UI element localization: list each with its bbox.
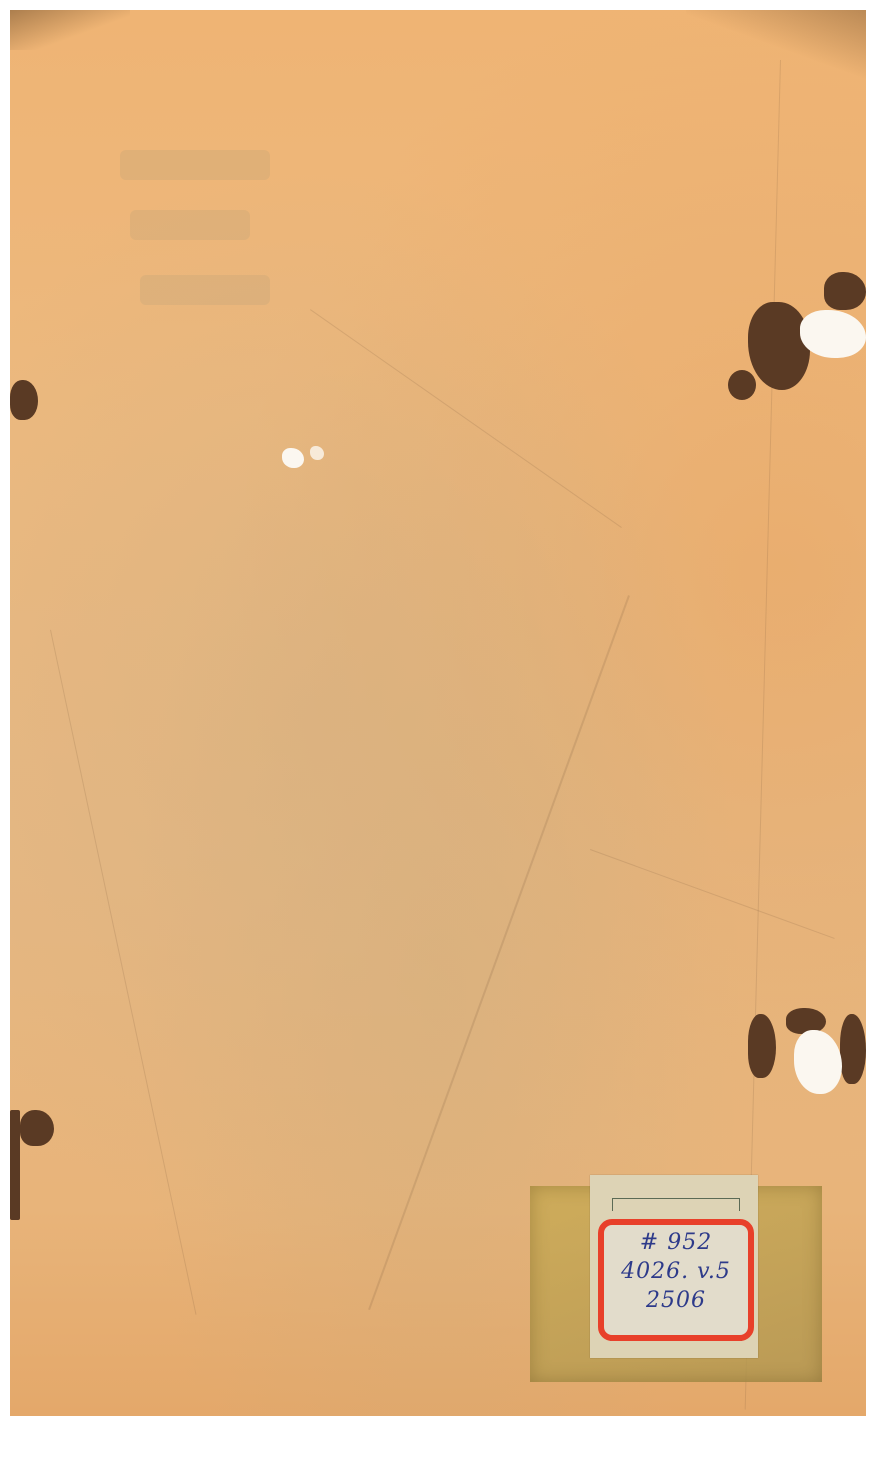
damage-right-lower xyxy=(748,1014,776,1078)
paper-crease xyxy=(50,630,197,1315)
damage-right-lower-edge xyxy=(840,1014,866,1084)
corner-fold-top-right xyxy=(686,10,866,100)
hole-right-upper xyxy=(800,310,866,358)
damage-right-upper xyxy=(748,302,810,390)
call-number-line-3: 2506 xyxy=(604,1286,748,1315)
label-rule-top xyxy=(612,1198,740,1211)
hole-right-lower xyxy=(794,1030,842,1094)
damage-left-lower xyxy=(20,1110,54,1146)
damage-left-lower-edge xyxy=(10,1110,20,1220)
call-number: # 952 4026. v.5 2506 xyxy=(604,1228,748,1315)
call-number-line-1: # 952 xyxy=(604,1228,748,1257)
corner-fold-top-left xyxy=(10,10,130,50)
damage-left-upper xyxy=(10,380,38,420)
small-hole xyxy=(282,448,304,468)
small-hole xyxy=(310,446,324,460)
faded-mark xyxy=(130,210,250,240)
faded-mark xyxy=(120,150,270,180)
call-number-line-2: 4026. v.5 xyxy=(604,1257,748,1286)
faded-mark xyxy=(140,275,270,305)
paper-crease xyxy=(590,849,835,939)
damage-right-upper-small xyxy=(728,370,756,400)
paper-crease xyxy=(310,309,622,528)
damage-right-upper-corner xyxy=(824,272,866,310)
